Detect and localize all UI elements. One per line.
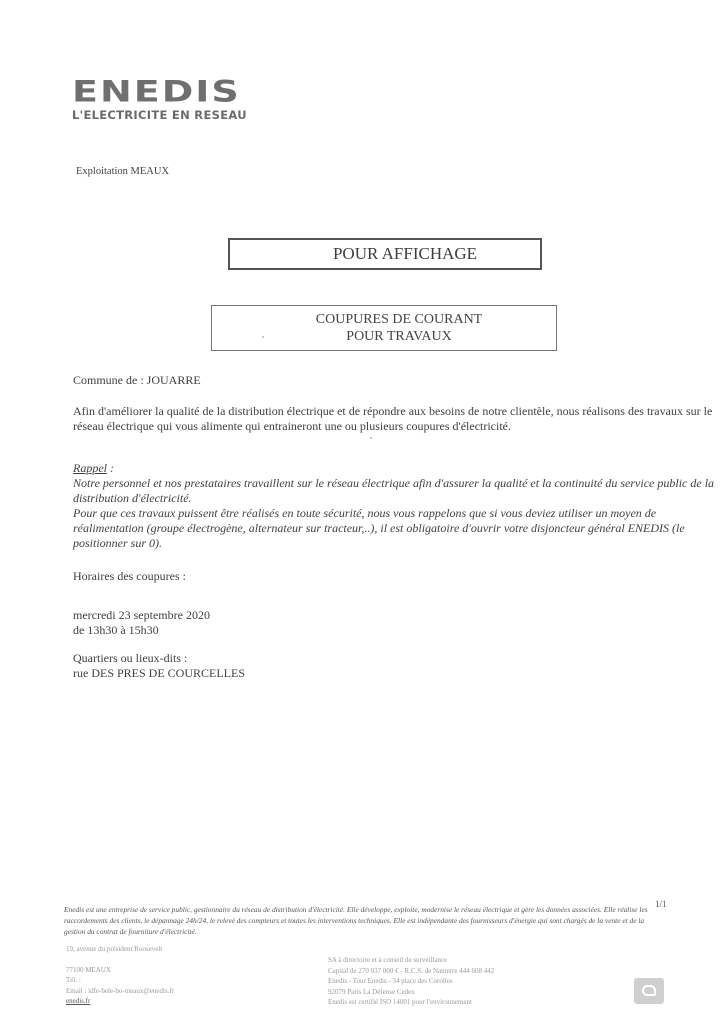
legal-line-2: Capital de 270 037 000 € - R.C.S. de Nan… xyxy=(328,966,568,977)
logo-tagline: L'ELECTRICITE EN RESEAU xyxy=(72,108,247,122)
coupures-title-line1: COUPURES DE COURANT xyxy=(316,311,482,328)
pour-affichage-title: POUR AFFICHAGE xyxy=(333,244,477,264)
scan-speck xyxy=(262,336,264,338)
legal-line-4: 92079 Paris La Défense Cedex xyxy=(328,987,568,998)
address-tel: Tél. : xyxy=(66,975,266,986)
intro-paragraph: Afin d'améliorer la qualité de la distri… xyxy=(73,404,713,434)
legal-line-5: Enedis est certifié ISO 14001 pour l'env… xyxy=(328,997,568,1008)
logo-wordmark: ENEDIS xyxy=(72,76,241,107)
enedis-mark-icon xyxy=(634,978,664,1004)
exploitation-label: Exploitation MEAUX xyxy=(76,166,169,177)
address-email[interactable]: Email : idfe-bele-bo-meaux@enedis.fr xyxy=(66,986,266,997)
rappel-section: Rappel : Notre personnel et nos prestata… xyxy=(73,461,718,551)
horaires-label: Horaires des coupures : xyxy=(73,569,186,584)
website-link[interactable]: enedis.fr xyxy=(66,996,266,1007)
scan-speck xyxy=(370,437,372,439)
quartiers-label: Quartiers ou lieux-dits : xyxy=(73,651,187,666)
address-street: 19, avenue du président Roosevelt xyxy=(66,944,266,955)
address-left: 19, avenue du président Roosevelt 77100 … xyxy=(66,944,266,1007)
address-city: 77100 MEAUX xyxy=(66,965,266,976)
rappel-label: Rappel xyxy=(73,461,107,475)
pour-affichage-box: POUR AFFICHAGE xyxy=(228,238,542,270)
outage-hours: de 13h30 à 15h30 xyxy=(73,623,159,638)
address-right: SA à directoire et à conseil de surveill… xyxy=(328,955,568,1008)
rappel-colon: : xyxy=(107,461,114,475)
enedis-logo: ENEDIS L'ELECTRICITE EN RESEAU xyxy=(72,76,241,116)
coupures-title-line2: POUR TRAVAUX xyxy=(346,328,451,345)
commune: Commune de : JOUARRE xyxy=(73,373,201,388)
coupures-box: COUPURES DE COURANT POUR TRAVAUX xyxy=(211,305,557,351)
affected-street: rue DES PRES DE COURCELLES xyxy=(73,666,245,681)
rappel-paragraph-2: Pour que ces travaux puissent être réali… xyxy=(73,506,718,551)
legal-line-3: Enedis - Tour Enedis - 34 place des Coro… xyxy=(328,976,568,987)
footer-description: Enedis est une entreprise de service pub… xyxy=(64,904,664,937)
rappel-paragraph-1: Notre personnel et nos prestataires trav… xyxy=(73,476,718,506)
legal-line-1: SA à directoire et à conseil de surveill… xyxy=(328,955,568,966)
outage-date: mercredi 23 septembre 2020 xyxy=(73,608,210,623)
